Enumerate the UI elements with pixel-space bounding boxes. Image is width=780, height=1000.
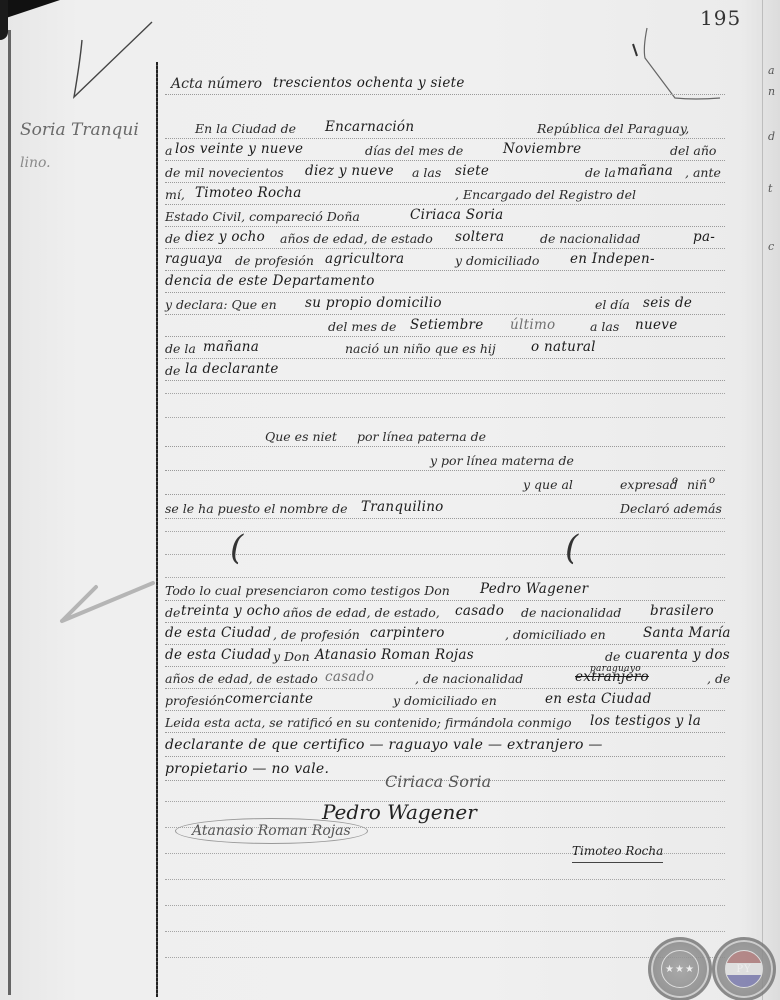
line-witness2-profession: profesión comerciante y domiciliado en e… [165, 688, 725, 711]
signature-witness2: Atanasio Roman Rojas [175, 818, 368, 844]
declarant-profession-field: agricultora [325, 251, 404, 267]
line-year: de mil novecientos diez y nueve a las si… [165, 160, 725, 183]
blank-line [165, 553, 725, 555]
time-of-day-field: mañana [617, 163, 673, 179]
declarant-civil-status-field: soltera [455, 229, 504, 245]
line-witness2-status: años de edad, de estado casado , de naci… [165, 666, 725, 689]
facing-page-bleed: n [768, 85, 775, 98]
line-witness1-age: de treinta y ocho años de edad, de estad… [165, 600, 725, 623]
correction-notes: declarante de que certifico — raguayo va… [165, 737, 603, 753]
declarant-domicile-field: en Indepen- [570, 251, 655, 267]
blank-bracket: ( [565, 528, 578, 568]
line-birth-month: del mes de Setiembre último a las nueve [165, 314, 725, 337]
witness1-age-field: treinta y ocho [181, 603, 280, 619]
year-field: diez y nueve [305, 163, 394, 179]
marginal-note-continuation: lino. [20, 155, 51, 171]
witness1-profession-field: carpintero [370, 625, 445, 641]
line-declarant-profession: raguaya de profesión agricultora y domic… [165, 248, 725, 271]
check-mark-icon [72, 22, 162, 102]
witness2-profession-field: comerciante [225, 691, 313, 707]
blank-line [165, 878, 725, 880]
line-witness1: Todo lo cual presenciaron como testigos … [165, 578, 725, 601]
witness2-age-field: cuarenta y dos [625, 647, 730, 663]
margin-rule [156, 62, 158, 997]
page-number: 195 [700, 6, 741, 30]
witness1-nationality-field: brasilero [650, 603, 714, 619]
line-date: a los veinte y nueve días del mes de Nov… [165, 138, 725, 161]
hour-field: siete [455, 163, 489, 179]
blank-line [165, 530, 725, 532]
archive-seal: ★★★ [648, 937, 712, 1000]
declarant-age-field: diez y ocho [185, 229, 265, 245]
month-field: Noviembre [503, 141, 581, 157]
line-witness1-profession: de esta Ciudad , de profesión carpintero… [165, 622, 725, 645]
line-paternal: Que es niet por línea paterna de [165, 424, 725, 447]
left-page-edge [8, 30, 11, 995]
act-number: trescientos ochenta y siete [273, 75, 465, 91]
child-name-field: Tranquilino [361, 499, 444, 515]
facing-page-bleed: c [768, 240, 774, 253]
witness2-domicile-field: en esta Ciudad [545, 691, 652, 707]
line-ratification: Leida esta acta, se ratificó en su conte… [165, 710, 725, 733]
birth-month-field: Setiembre [410, 317, 484, 333]
blank-line [165, 956, 725, 958]
right-page-edge [762, 0, 763, 1000]
line-declarant-age: de diez y ocho años de edad, de estado s… [165, 226, 725, 249]
declarant-name-field: Ciriaca Soria [410, 207, 503, 223]
blank-line [165, 930, 725, 932]
child-relation-field: o natural [531, 339, 596, 355]
line-child-name: se le ha puesto el nombre de Tranquilino… [165, 496, 725, 519]
facing-page-bleed: a [768, 64, 775, 77]
registrar-name-field: Timoteo Rocha [195, 185, 302, 201]
signature-declarant: Ciriaca Soria [385, 772, 491, 791]
line-expressed-child: y que al expresad o niñ o [165, 472, 725, 495]
line-birth-time: de la mañana nació un niño que es hij o … [165, 336, 725, 359]
birth-hour-field: nueve [635, 317, 678, 333]
birth-place-field: su propio domicilio [305, 295, 442, 311]
pencil-arrow-mark-icon [58, 575, 158, 625]
facing-page-bleed: t [768, 182, 772, 195]
child-of-field: la declarante [185, 361, 279, 377]
blank-line [165, 904, 725, 906]
line-notes: declarante de que certifico — raguayo va… [165, 734, 725, 757]
witness1-name-field: Pedro Wagener [480, 581, 588, 597]
line-declarant: Estado Civil, compareció Doña Ciriaca So… [165, 204, 725, 227]
act-header: Acta número trescientos ochenta y siete [165, 72, 725, 95]
page-corner-binding [0, 0, 8, 40]
blank-line [165, 416, 725, 418]
signature-registrar: Timoteo Rocha [572, 844, 663, 863]
witness1-civil-status-field: casado [455, 603, 504, 619]
stars-icon: ★★★ [661, 950, 699, 988]
blank-line [165, 392, 725, 394]
facing-page-bleed: d [768, 130, 775, 143]
birth-time-of-day-field: mañana [203, 339, 259, 355]
document-page: a n d t c 195 Soria Tranqui lino. Acta n… [0, 0, 780, 1000]
marginal-note-name: Soria Tranqui [20, 120, 139, 140]
birth-day-field: seis de [643, 295, 692, 311]
line-registrar: mí, Timoteo Rocha , Encargado del Regist… [165, 182, 725, 205]
page-corner-shadow [0, 0, 60, 20]
line-birth-place: y declara: Que en su propio domicilio el… [165, 292, 725, 315]
line-maternal: y por línea materna de [165, 448, 725, 471]
line-city: En la Ciudad de Encarnación República de… [165, 116, 725, 139]
declarant-nationality-field: pa- [693, 229, 715, 245]
flag-icon: PY [725, 950, 763, 988]
national-seal: PY [712, 937, 776, 1000]
city-field: Encarnación [325, 119, 414, 135]
witness2-civil-status-field: casado [325, 669, 374, 685]
witness2-name-field: Atanasio Roman Rojas [315, 647, 474, 663]
line-child-of: de la declarante [165, 358, 725, 381]
line-witness2: de esta Ciudad y Don Atanasio Roman Roja… [165, 644, 725, 667]
day-field: los veinte y nueve [175, 141, 303, 157]
signature-witness1: Pedro Wagener [322, 800, 477, 824]
witness1-domicile-field: Santa María [643, 625, 731, 641]
witness2-nationality-field: extranjero [575, 669, 649, 685]
line-domicile: dencia de este Departamento [165, 270, 725, 293]
blank-bracket: ( [230, 528, 243, 568]
